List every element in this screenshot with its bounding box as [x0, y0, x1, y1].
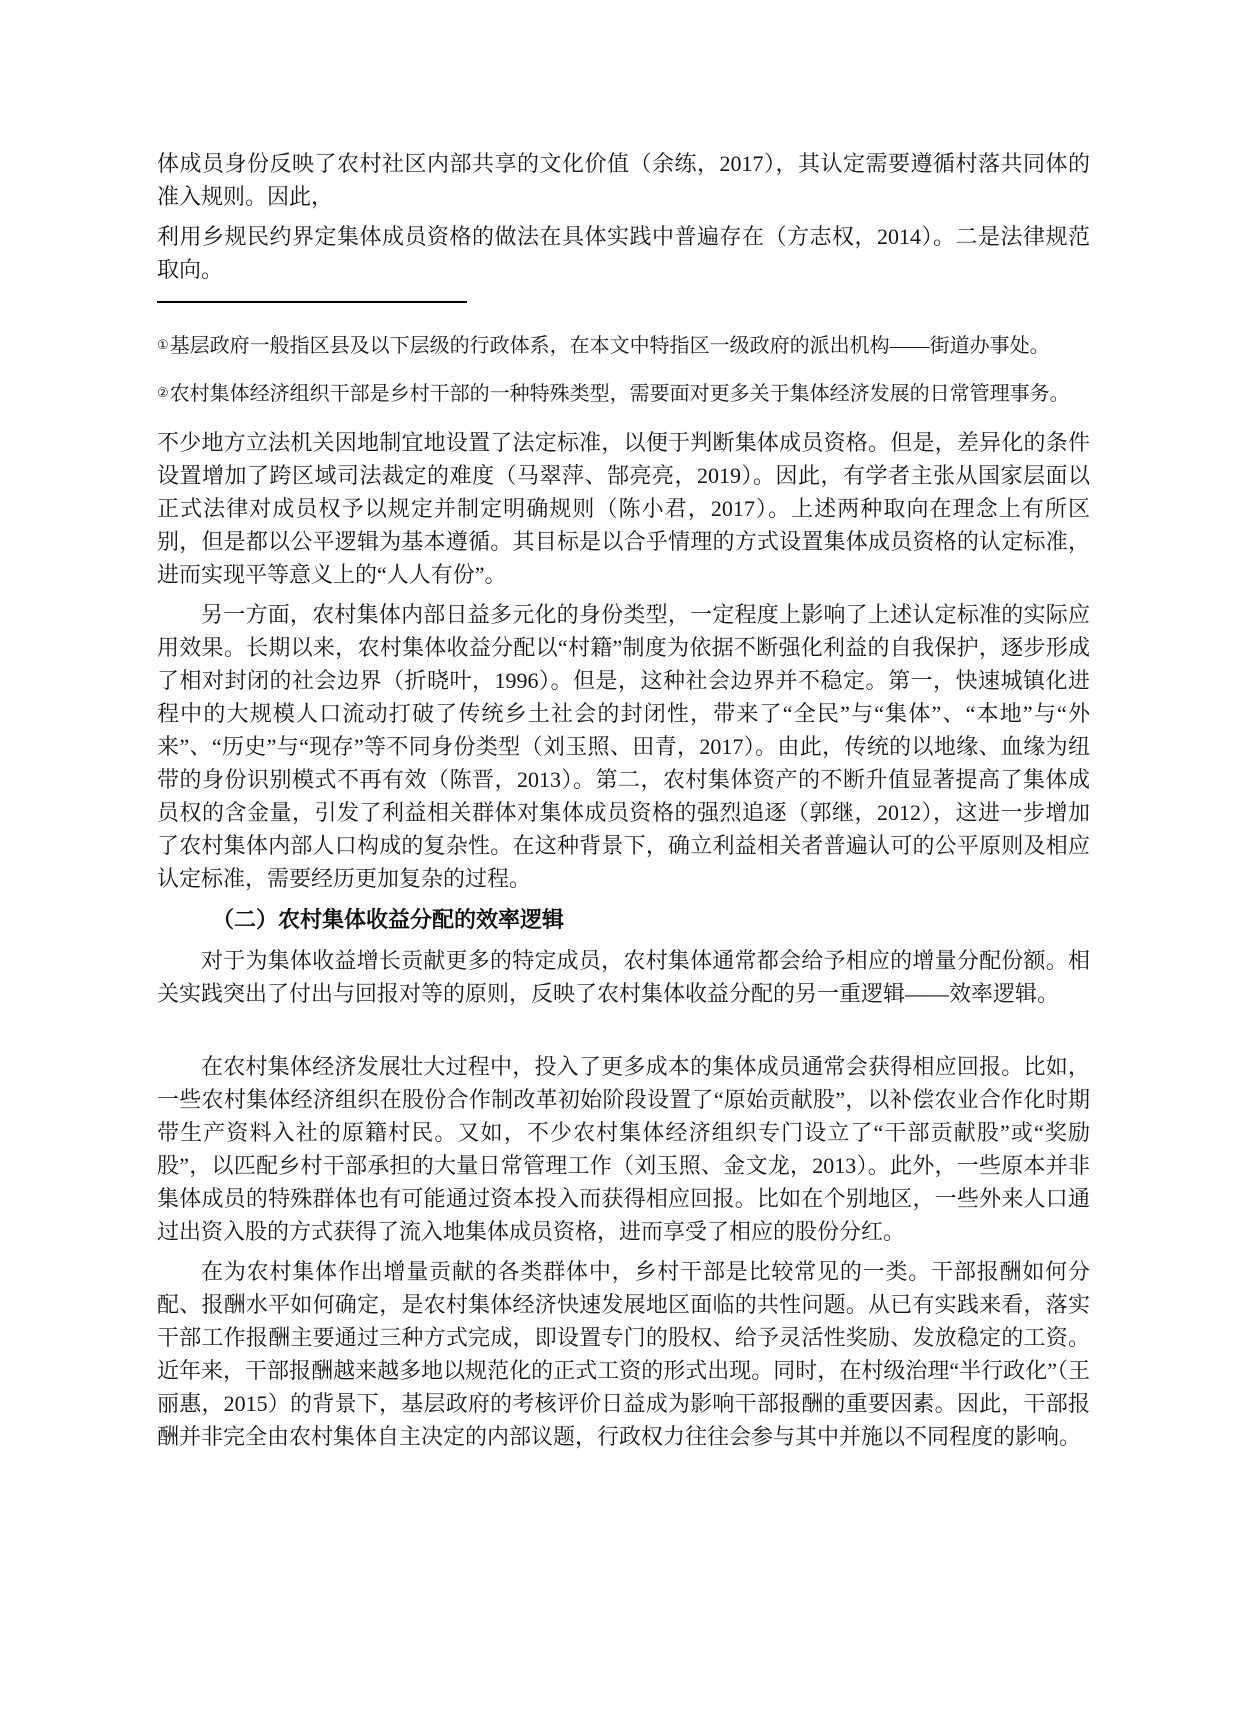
- paragraph-identity-diversification: 另一方面，农村集体内部日益多元化的身份类型，一定程度上影响了上述认定标准的实际应…: [157, 598, 1090, 895]
- footnote-separator-line: [157, 301, 467, 303]
- footnote-1-text: 基层政府一般指区县及以下层级的行政体系，在本文中特指区一级政府的派出机构——街道…: [170, 335, 1050, 357]
- footnote-2-text: 农村集体经济组织干部是乡村干部的一种特殊类型，需要面对更多关于集体经济发展的日常…: [170, 383, 1070, 405]
- paragraph-membership-culture: 体成员身份反映了农村社区内部共享的文化价值（余练，2017），其认定需要遵循村落…: [157, 147, 1090, 213]
- footnote-1-marker: ①: [157, 337, 169, 352]
- paragraph-contribution-shares: 在农村集体经济发展壮大过程中，投入了更多成本的集体成员通常会获得相应回报。比如，…: [157, 1050, 1090, 1248]
- footnote-2-marker: ②: [157, 385, 169, 400]
- footnote-2: ②农村集体经济组织干部是乡村干部的一种特殊类型，需要面对更多关于集体经济发展的日…: [157, 378, 1090, 409]
- paragraph-efficiency-intro: 对于为集体收益增长贡献更多的特定成员，农村集体通常都会给予相应的增量分配份额。相…: [157, 944, 1090, 1010]
- section-heading-efficiency-logic: （二）农村集体收益分配的效率逻辑: [157, 903, 1090, 936]
- document-page: 体成员身份反映了农村社区内部共享的文化价值（余练，2017），其认定需要遵循村落…: [0, 0, 1240, 1713]
- blank-line-spacer: [157, 1017, 1090, 1050]
- paragraph-village-rules: 利用乡规民约界定集体成员资格的做法在具体实践中普遍存在（方志权，2014）。二是…: [157, 220, 1090, 286]
- paragraph-legal-standards: 不少地方立法机关因地制宜地设置了法定标准，以便于判断集体成员资格。但是，差异化的…: [157, 426, 1090, 591]
- footnote-1: ①基层政府一般指区县及以下层级的行政体系，在本文中特指区一级政府的派出机构——街…: [157, 330, 1090, 361]
- paragraph-cadre-compensation: 在为农村集体作出增量贡献的各类群体中，乡村干部是比较常见的一类。干部报酬如何分配…: [157, 1255, 1090, 1453]
